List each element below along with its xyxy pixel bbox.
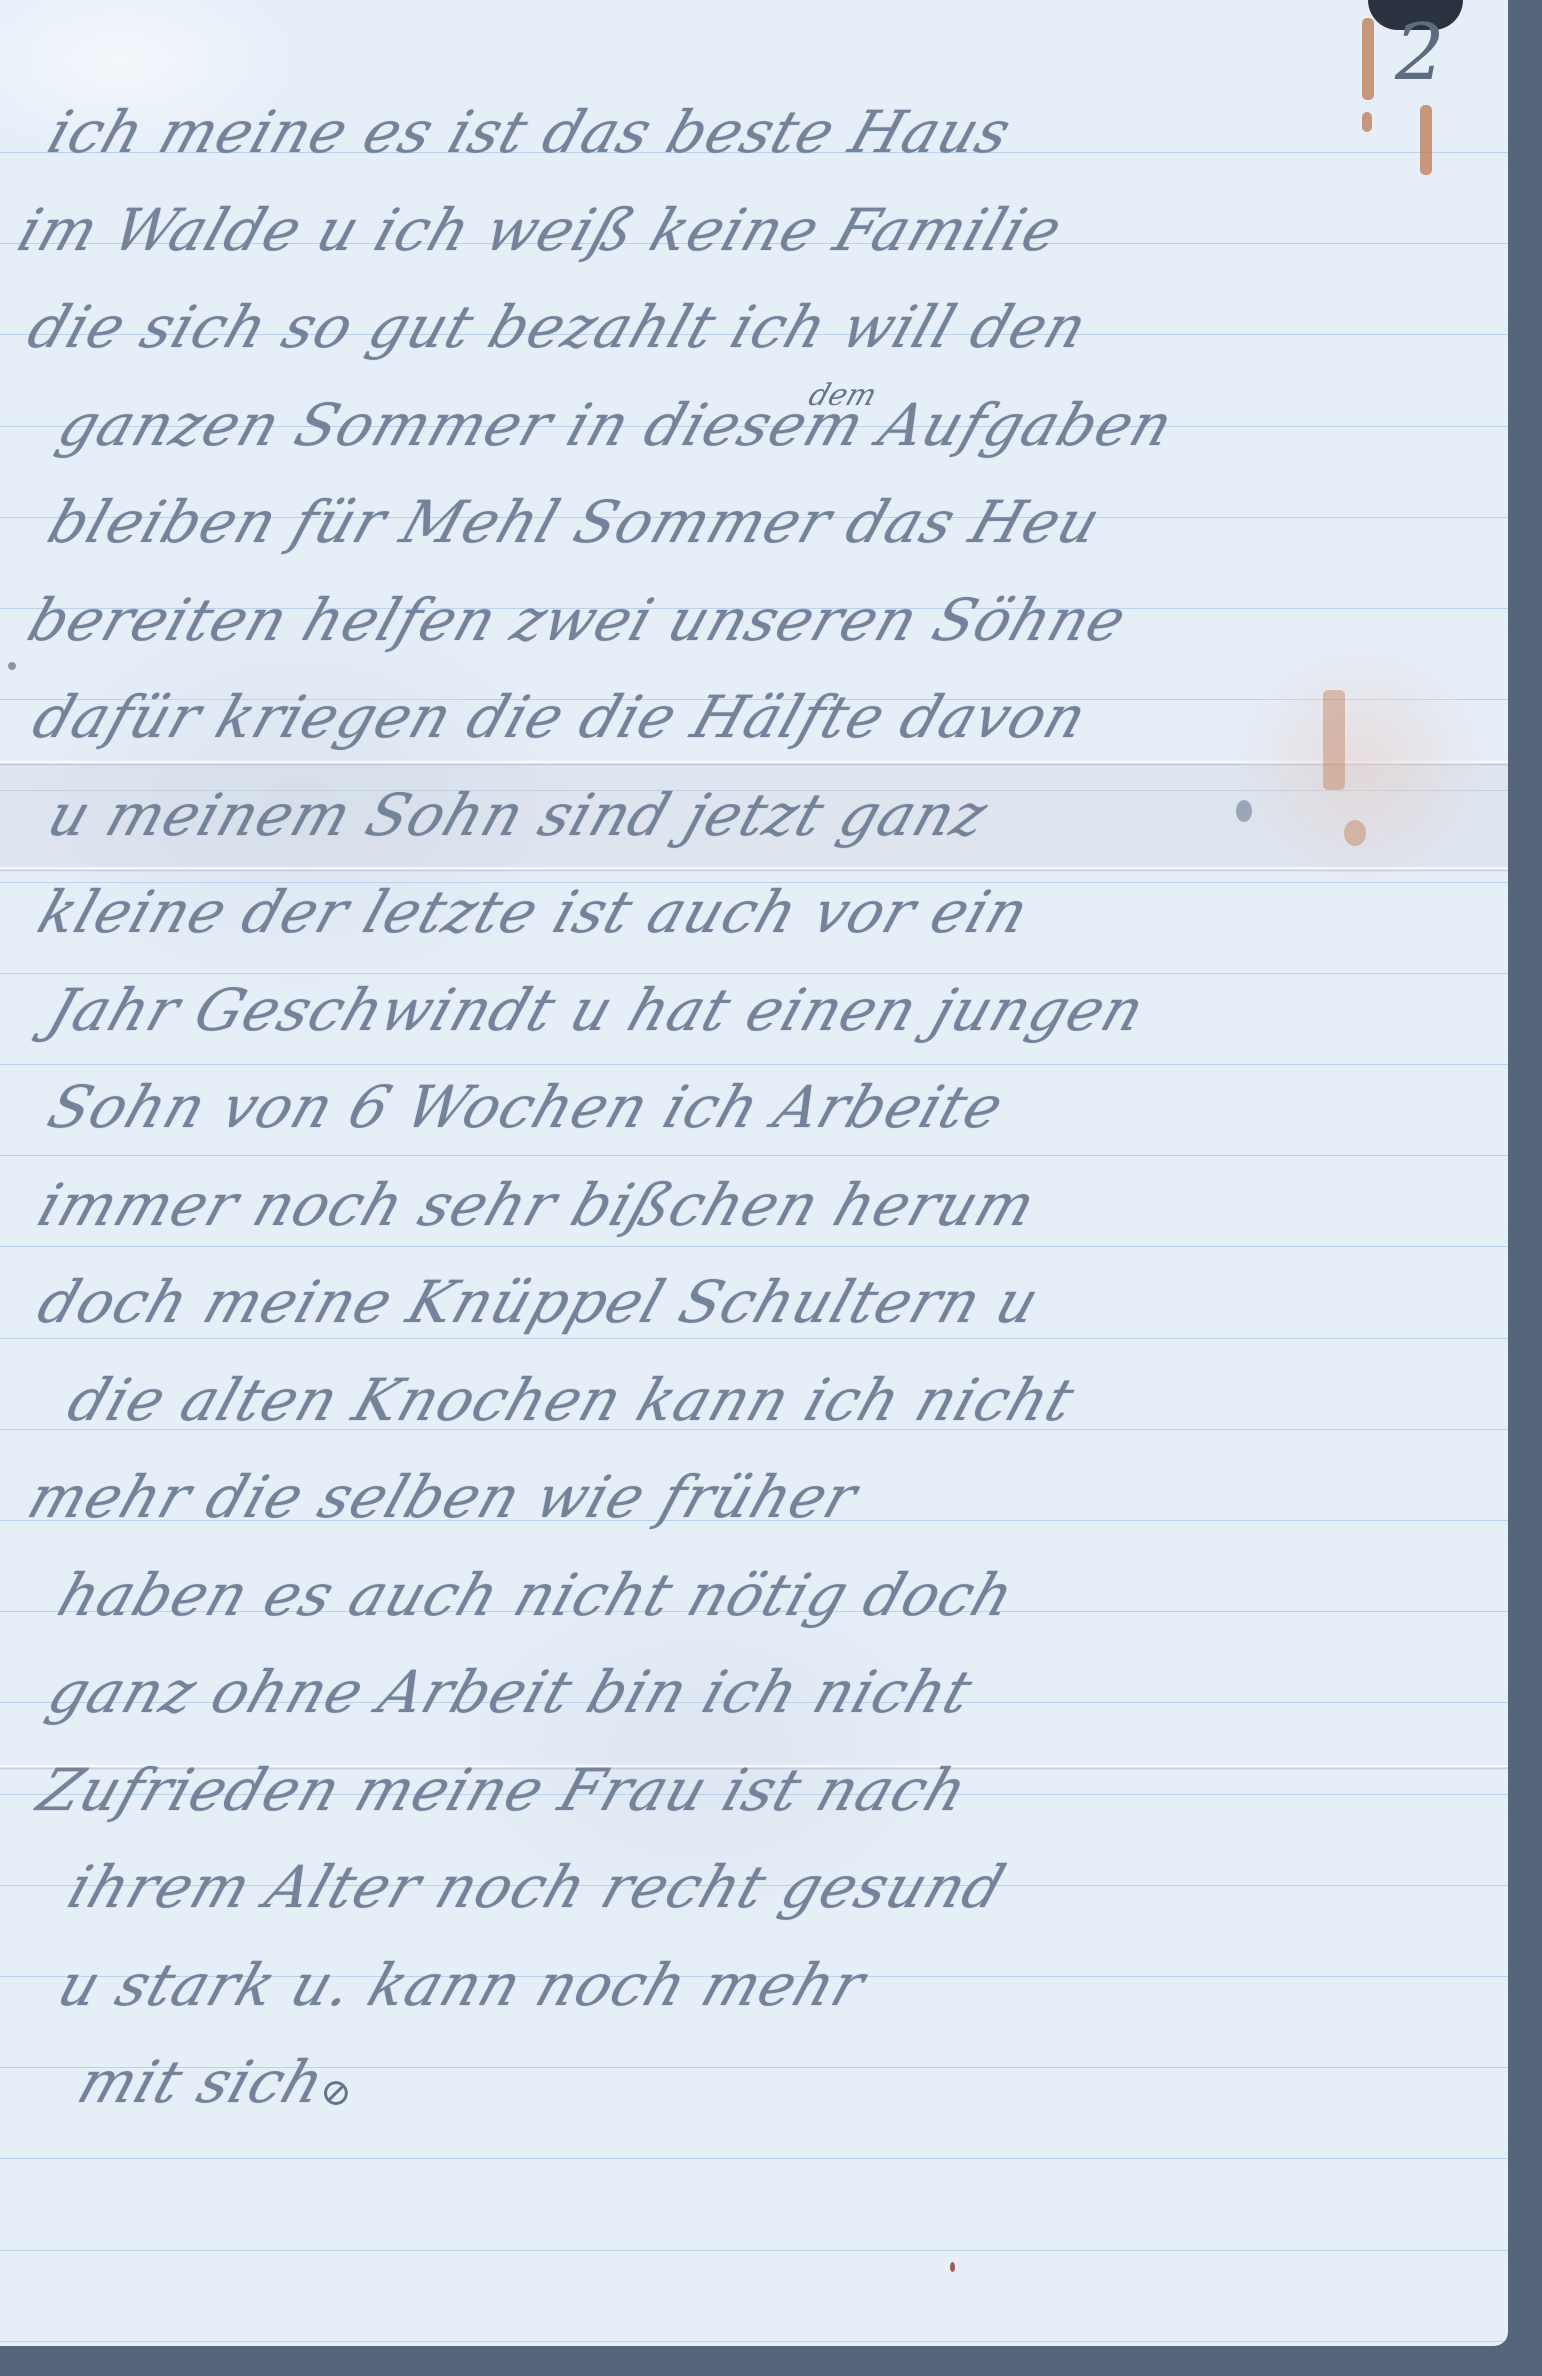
margin-dot — [8, 662, 16, 670]
handwritten-line: doch meine Knüppel Schultern u — [30, 1268, 1048, 1336]
ruled-line — [0, 2250, 1508, 2251]
page-number: 2 — [1395, 8, 1445, 98]
handwritten-line: mehr die selben wie früher — [20, 1463, 866, 1531]
handwritten-line: bereiten helfen zwei unseren Söhne — [20, 586, 1135, 654]
rust-spot — [1344, 820, 1366, 846]
handwritten-line: bleiben für Mehl Sommer das Heu — [40, 488, 1109, 556]
ruled-line — [0, 973, 1508, 974]
handwritten-line: mit sich — [70, 2048, 334, 2116]
inserted-word: dem — [804, 378, 881, 413]
handwritten-line: die sich so gut bezahlt ich will den — [20, 293, 1096, 361]
ruled-line — [0, 2158, 1508, 2159]
end-mark: ⊘ — [320, 2070, 352, 2114]
handwritten-line: u stark u. kann noch mehr — [50, 1951, 874, 2019]
ruled-line — [0, 1246, 1508, 1247]
water-stain — [1230, 640, 1490, 890]
handwritten-line: im Walde u ich weiß keine Familie — [10, 196, 1071, 264]
handwritten-line: ganzen Sommer in diesem Aufgaben — [50, 391, 1182, 459]
handwritten-line: ihrem Alter noch recht gesund — [60, 1853, 1014, 1921]
ink-spot — [950, 2262, 955, 2272]
rust-stain — [1420, 105, 1432, 175]
handwritten-line: ganz ohne Arbeit bin ich nicht — [40, 1658, 981, 1726]
handwritten-line: die alten Knochen kann ich nicht — [60, 1366, 1083, 1434]
rust-stain — [1323, 690, 1345, 790]
handwritten-line: immer noch sehr bißchen herum — [30, 1171, 1044, 1239]
rust-stain — [1362, 18, 1374, 100]
handwritten-line: haben es auch nicht nötig doch — [50, 1561, 1023, 1629]
ruled-line — [0, 1155, 1508, 1156]
handwritten-line: ich meine es ist das beste Haus — [40, 98, 1020, 166]
handwritten-line: kleine der letzte ist auch vor ein — [30, 878, 1038, 946]
ruled-line — [0, 1064, 1508, 1065]
letter-page: 2 ich meine es ist das beste Hausim Wald… — [0, 0, 1508, 2346]
ruled-line — [0, 1338, 1508, 1339]
handwritten-line: u meinem Sohn sind jetzt ganz — [40, 781, 996, 849]
fold-crease — [0, 866, 1508, 872]
ruled-line — [0, 2341, 1508, 2342]
handwritten-line: Jahr Geschwindt u hat einen jungen — [40, 976, 1153, 1044]
handwritten-line: dafür kriegen die die Hälfte davon — [25, 683, 1096, 751]
handwritten-line: Sohn von 6 Wochen ich Arbeite — [40, 1073, 1012, 1141]
rust-stain — [1362, 112, 1372, 132]
ink-spot — [1236, 800, 1252, 822]
handwritten-line: Zufrieden meine Frau ist nach — [30, 1756, 976, 1824]
